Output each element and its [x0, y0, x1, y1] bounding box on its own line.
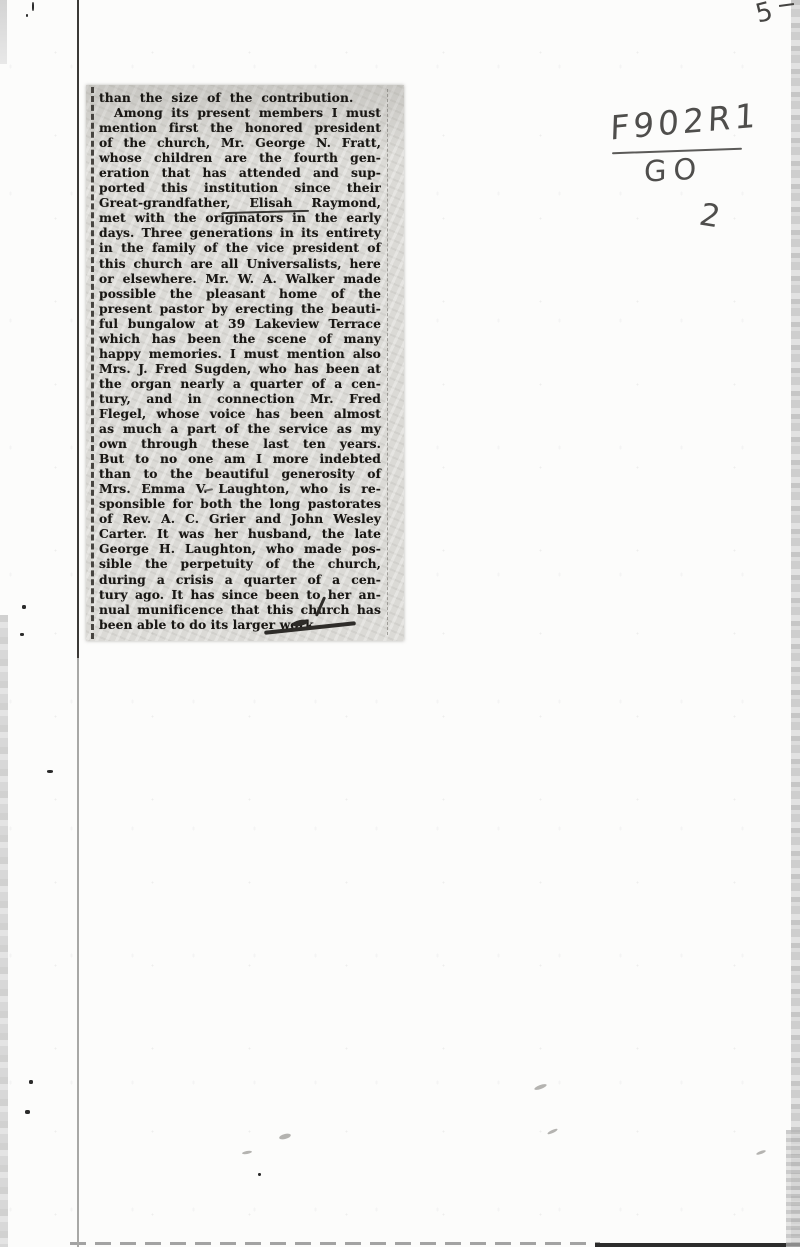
clipping-line: Mrs. J. Fred Sugden, who has been at	[99, 361, 381, 376]
clipping-line: whose children are the fourth gen-	[99, 150, 381, 165]
newspaper-clipping: than the size of the contribution.Among …	[86, 85, 404, 641]
clipping-column-rule	[387, 89, 388, 635]
clipping-line: Mrs. Emma V. Laughton, who is re-	[99, 481, 381, 496]
smudge	[547, 1128, 558, 1135]
clipping-line: happy memories. I must mention also	[99, 346, 381, 361]
ink-speck	[47, 770, 53, 773]
clipping-line: Flegel, whose voice has been almost	[99, 406, 381, 421]
smudge	[279, 1133, 292, 1141]
clipping-line: as much a part of the service as my	[99, 421, 381, 436]
scan-edge-corner	[786, 1130, 800, 1247]
clipping-line: own through these last ten years.	[99, 436, 381, 451]
clipping-line: during a crisis a quarter of a cen-	[99, 572, 381, 587]
handwritten-dash	[779, 3, 794, 7]
scan-edge-bottom-dark	[595, 1243, 800, 1247]
handwritten-code-underline	[612, 148, 742, 155]
clipping-line: eration that has attended and sup-	[99, 165, 381, 180]
scanned-page: than the size of the contribution.Among …	[0, 0, 800, 1247]
smudge	[756, 1149, 766, 1155]
clipping-line: tury, and in connection Mr. Fred	[99, 391, 381, 406]
clipping-line: than to the beautiful generosity of	[99, 466, 381, 481]
ink-speck	[29, 1080, 33, 1084]
clipping-line: days. Three generations in its entirety	[99, 225, 381, 240]
clipping-line: the organ nearly a quarter of a cen-	[99, 376, 381, 391]
clipping-line: this church are all Universalists, here	[99, 256, 381, 271]
ink-speck	[20, 633, 24, 636]
handwritten-page-number: 5	[753, 0, 776, 30]
clipping-line: of the church, Mr. George N. Fratt,	[99, 135, 381, 150]
clipping-line: mention first the honored president	[99, 120, 381, 135]
ink-speck	[258, 1173, 261, 1176]
handwritten-word: GO	[644, 151, 704, 188]
scan-edge-left-top	[0, 0, 7, 64]
clipping-line: present pastor by erecting the beauti-	[99, 301, 381, 316]
smudge	[242, 1150, 252, 1155]
clipping-line: met with the originators in the early	[99, 210, 381, 225]
clipping-line: ful bungalow at 39 Lakeview Terrace	[99, 316, 381, 331]
clipping-line: in the family of the vice president of	[99, 240, 381, 255]
clipping-line: But to no one am I more indebted	[99, 451, 381, 466]
smudge	[534, 1083, 548, 1091]
clipping-line: George H. Laughton, who made pos-	[99, 541, 381, 556]
scan-edge-left-bottom	[0, 615, 8, 1247]
clipping-line: or elsewhere. Mr. W. A. Walker made	[99, 271, 381, 286]
clipping-line: tury ago. It has since been to her an-	[99, 587, 381, 602]
clipping-line: sponsible for both the long pastorates	[99, 496, 381, 511]
clipping-line: sible the perpetuity of the church,	[99, 556, 381, 571]
ink-speck	[25, 1110, 30, 1114]
ink-speck	[26, 14, 28, 17]
clipping-line: possible the pleasant home of the	[99, 286, 381, 301]
clipping-line: Among its present members I must	[99, 105, 381, 120]
clipping-text: than the size of the contribution.Among …	[99, 90, 381, 632]
handwritten-number: 2	[696, 197, 723, 235]
clipping-line: been able to do its larger work.	[99, 617, 381, 632]
page-fold-line-top	[77, 0, 79, 658]
ink-speck	[22, 605, 26, 609]
clipping-line: nual munificence that this church has	[99, 602, 381, 617]
scan-edge-right	[791, 0, 800, 1247]
clipping-line: Great-grandfather, Elisah Raymond,	[99, 195, 381, 210]
ink-speck	[32, 2, 34, 11]
clipping-line: ported this institution since their	[99, 180, 381, 195]
page-fold-line-bottom	[77, 658, 79, 1247]
scan-edge-bottom	[70, 1242, 600, 1245]
clipping-left-rule	[91, 87, 94, 639]
clipping-line: Carter. It was her husband, the late	[99, 526, 381, 541]
clipping-line: which has been the scene of many	[99, 331, 381, 346]
clipping-line: than the size of the contribution.	[99, 90, 381, 105]
clipping-line: of Rev. A. C. Grier and John Wesley	[99, 511, 381, 526]
handwritten-code: F902R1	[610, 95, 761, 147]
